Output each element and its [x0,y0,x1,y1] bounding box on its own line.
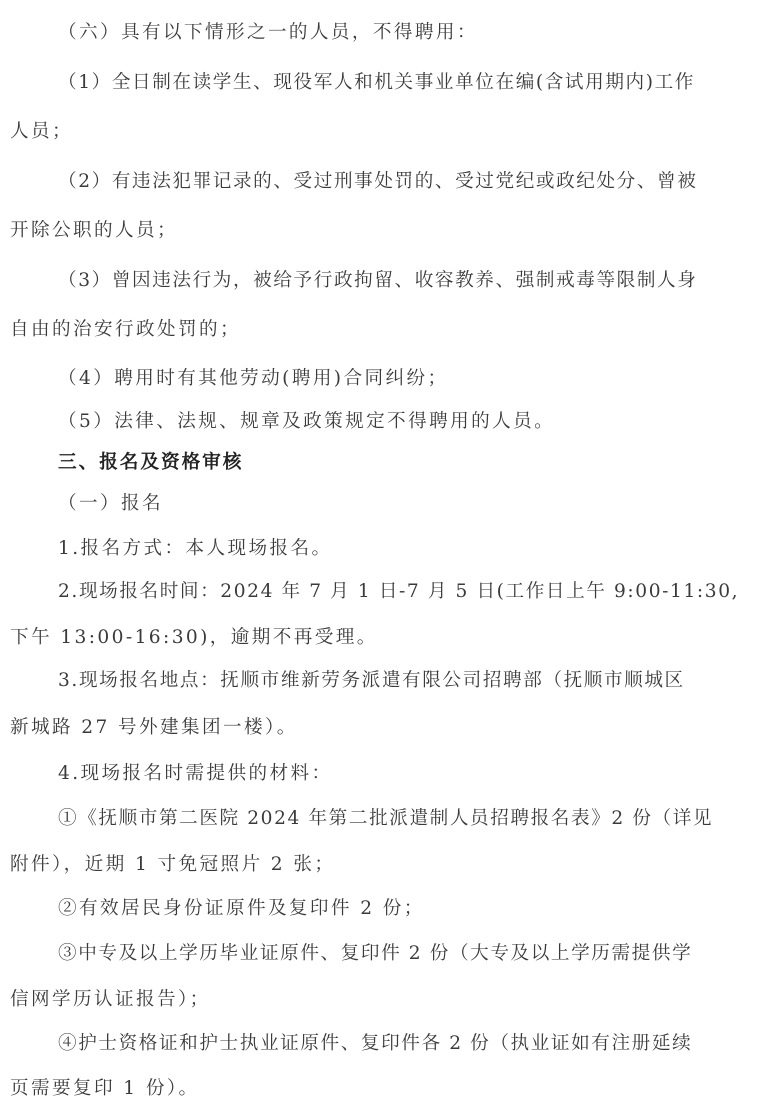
item-2-line-1: （2）有违法犯罪记录的、受过刑事处罚的、受过党纪或政纪处分、曾被 [58,170,697,194]
section-six-heading: （六）具有以下情形之一的人员，不得聘用： [58,21,478,45]
item-2-line-2: 开除公职的人员； [10,219,178,243]
material-2: ②有效居民身份证原件及复印件 2 份； [58,897,425,921]
registration-time-line-1: 2.现场报名时间：2024 年 7 月 1 日-7 月 5 日(工作日上午 9:… [58,580,739,604]
material-4-line-2: 页需要复印 1 份）。 [10,1077,200,1100]
required-materials-heading: 4.现场报名时需提供的材料： [58,762,332,786]
material-4-line-1: ④护士资格证和护士执业证原件、复印件各 2 份（执业证如有注册延续 [58,1032,692,1056]
registration-location-line-1: 3.现场报名地点：抚顺市维新劳务派遣有限公司招聘部（抚顺市顺城区 [58,669,685,693]
registration-location-line-2: 新城路 27 号外建集团一楼）。 [10,716,298,740]
material-3-line-2: 信网学历认证报告）； [10,988,211,1012]
material-1-line-1: ①《抚顺市第二医院 2024 年第二批派遣制人员招聘报名表》2 份（详见 [58,807,713,831]
item-4: （4）聘用时有其他劳动(聘用)合同纠纷； [58,367,448,391]
material-1-line-2: 附件），近期 1 寸免冠照片 2 张； [10,853,335,877]
item-1-line-2: 人员； [10,120,73,144]
registration-time-line-2: 下午 13:00-16:30)，逾期不再受理。 [10,626,378,650]
registration-method: 1.报名方式：本人现场报名。 [58,537,332,561]
item-3-line-2: 自由的治安行政处罚的； [10,318,241,342]
material-3-line-1: ③中专及以上学历毕业证原件、复印件 2 份（大专及以上学历需提供学 [58,942,692,966]
subsection-registration-heading: （一）报名 [58,492,163,516]
section-three-heading: 三、报名及资格审核 [58,451,243,475]
document-page: （六）具有以下情形之一的人员，不得聘用： （1）全日制在读学生、现役军人和机关事… [0,0,781,1100]
item-5: （5）法律、法规、规章及政策规定不得聘用的人员。 [58,410,555,434]
item-3-line-1: （3）曾因违法行为，被给予行政拘留、收容教养、强制戒毒等限制人身 [58,269,697,293]
item-1-line-1: （1）全日制在读学生、现役军人和机关事业单位在编(含试用期内)工作 [58,71,695,95]
